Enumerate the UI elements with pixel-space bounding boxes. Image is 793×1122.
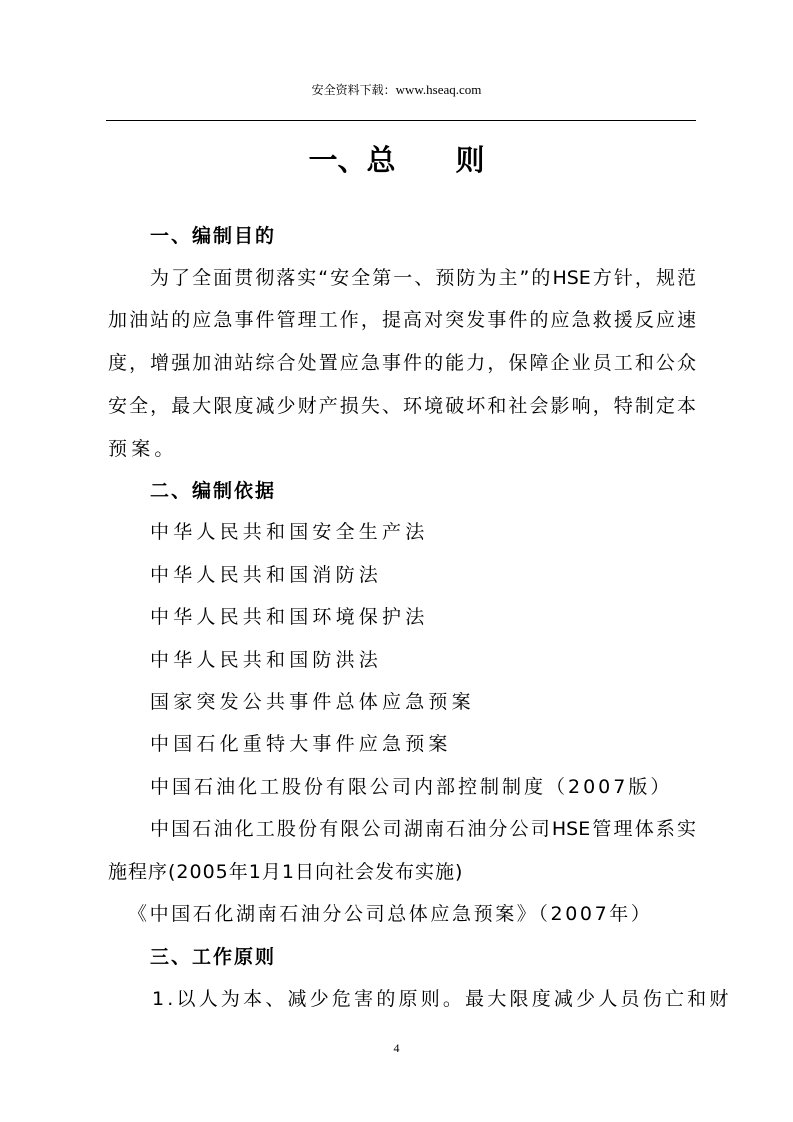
page-header: 安全资料下载：www.hseaq.com (0, 82, 793, 98)
paragraph-line: 安全，最大限度减少财产损失、环境破坏和社会影响，特制定本 (108, 393, 696, 419)
paragraph-line: 度，增强加油站综合处置应急事件的能力，保障企业员工和公众 (108, 350, 696, 376)
basis-item: 中国石油化工股份有限公司内部控制制度（2007版） (150, 774, 740, 800)
basis-item-continued: 施程序(2005年1月1日向社会发布实施) (108, 859, 698, 885)
page-number: 4 (0, 1041, 793, 1056)
paragraph-line: 加油站的应急事件管理工作，提高对突发事件的应急救援反应速 (108, 307, 696, 333)
header-url: www.hseaq.com (396, 82, 482, 97)
basis-item: 《中国石化湖南石油分公司总体应急预案》（2007年） (128, 901, 718, 927)
page-title-part2: 则 (456, 143, 485, 177)
section-heading-basis: 二、编制依据 (150, 478, 740, 504)
paragraph-line: 预案。 (108, 436, 698, 462)
basis-item: 中国石化重特大事件应急预案 (150, 731, 740, 757)
section-heading-purpose: 一、编制目的 (150, 223, 740, 249)
basis-item: 国家突发公共事件总体应急预案 (150, 689, 740, 715)
paragraph-line: 为了全面贯彻落实“安全第一、预防为主”的HSE方针，规范 (150, 265, 696, 291)
basis-item: 中华人民共和国防洪法 (150, 647, 740, 673)
basis-item: 中华人民共和国安全生产法 (150, 519, 740, 545)
principle-item: 1.以人为本、减少危害的原则。最大限度减少人员伤亡和财 (152, 986, 742, 1012)
section-heading-principles: 三、工作原则 (150, 944, 740, 970)
page-title: 一、总则 (0, 140, 793, 180)
basis-item: 中国石油化工股份有限公司湖南石油分公司HSE管理体系实 (150, 816, 696, 842)
basis-item: 中华人民共和国消防法 (150, 562, 740, 588)
header-label: 安全资料下载： (312, 83, 396, 97)
header-divider (106, 120, 696, 121)
page-title-part1: 一、总 (308, 143, 395, 177)
basis-item: 中华人民共和国环境保护法 (150, 604, 740, 630)
